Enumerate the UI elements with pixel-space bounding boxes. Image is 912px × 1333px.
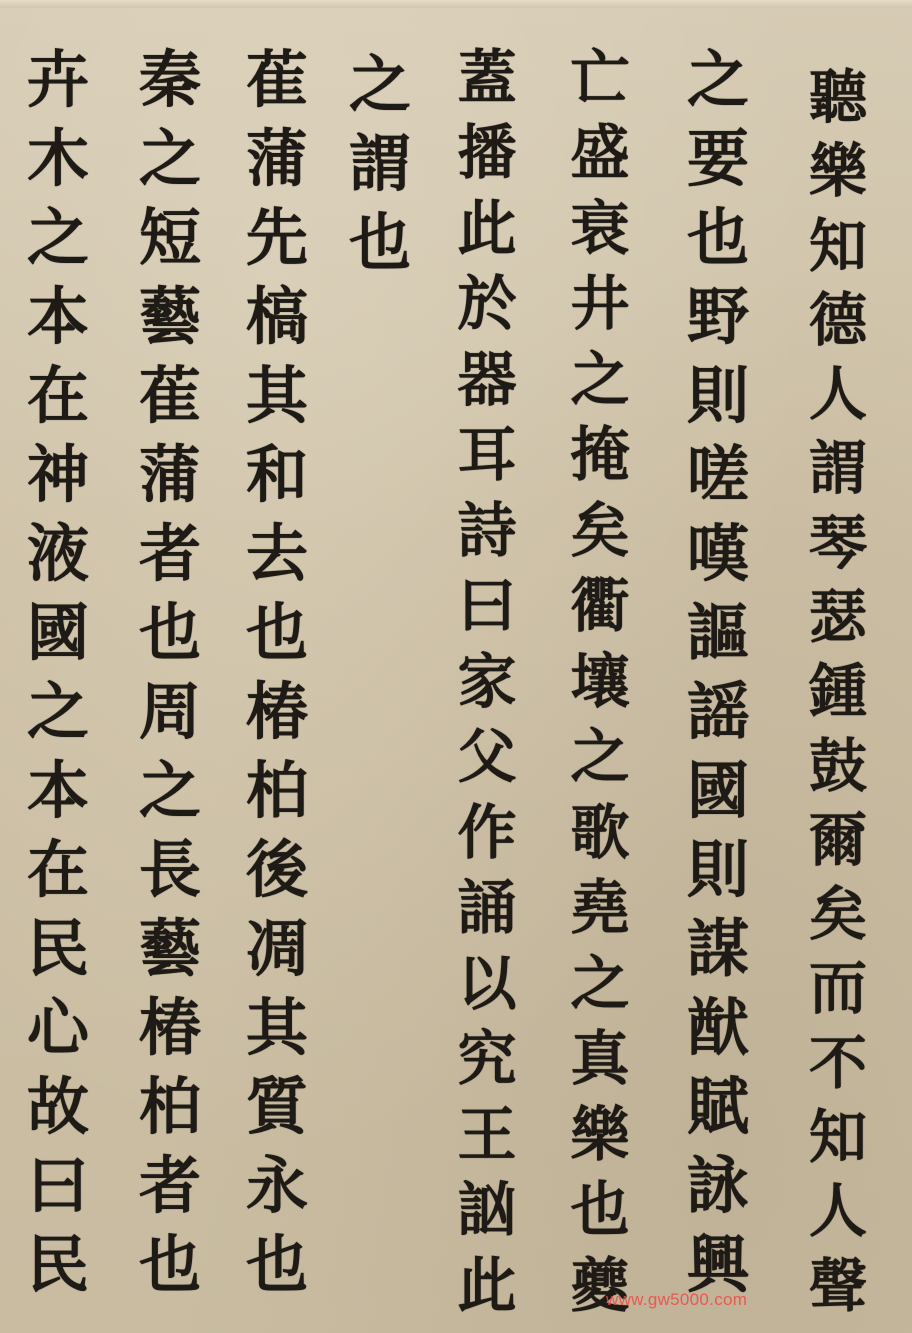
- calligraphy-character: 夔: [560, 1248, 640, 1323]
- calligraphy-character: 也: [560, 1172, 640, 1247]
- calligraphy-character: 樂: [560, 1097, 640, 1172]
- calligraphy-character: 謀: [678, 909, 758, 988]
- calligraphy-character: 也: [237, 1225, 317, 1304]
- calligraphy-character: 之: [18, 198, 98, 277]
- calligraphy-character: 鍾: [798, 654, 878, 728]
- calligraphy-character: 周: [130, 672, 210, 751]
- calligraphy-character: 爾: [798, 803, 878, 877]
- calligraphy-character: 也: [340, 203, 420, 282]
- calligraphy-character: 嗟: [678, 435, 758, 514]
- calligraphy-character: 不: [798, 1026, 878, 1100]
- calligraphy-character: 秦: [130, 40, 210, 119]
- calligraphy-character: 之: [340, 45, 420, 124]
- calligraphy-character: 凋: [237, 909, 317, 988]
- calligraphy-character: 椿: [130, 988, 210, 1067]
- calligraphy-character: 而: [798, 951, 878, 1025]
- calligraphy-character: 聽: [798, 60, 878, 134]
- site-watermark: www.gw5000.com: [606, 1290, 747, 1310]
- calligraphy-character: 之: [560, 946, 640, 1021]
- calligraphy-character: 之: [560, 342, 640, 417]
- calligraphy-character: 此: [447, 1248, 527, 1323]
- text-column-3: 亡盛衰井之掩矣衢壤之歌堯之真樂也夔: [560, 40, 640, 1323]
- calligraphy-character: 先: [237, 198, 317, 277]
- calligraphy-character: 猷: [678, 988, 758, 1067]
- calligraphy-character: 蒲: [130, 435, 210, 514]
- calligraphy-character: 作: [447, 795, 527, 870]
- calligraphy-character: 藝: [130, 277, 210, 356]
- calligraphy-character: 謡: [678, 672, 758, 751]
- calligraphy-character: 質: [237, 1067, 317, 1146]
- calligraphy-character: 謳: [678, 593, 758, 672]
- calligraphy-character: 王: [447, 1097, 527, 1172]
- calligraphy-character: 者: [130, 1146, 210, 1225]
- calligraphy-character: 曰: [18, 1146, 98, 1225]
- calligraphy-character: 矣: [560, 493, 640, 568]
- text-column-5: 之謂也: [340, 45, 420, 282]
- calligraphy-character: 要: [678, 119, 758, 198]
- calligraphy-character: 後: [237, 830, 317, 909]
- calligraphy-character: 則: [678, 830, 758, 909]
- calligraphy-character: 樂: [798, 134, 878, 208]
- calligraphy-character: 國: [678, 751, 758, 830]
- calligraphy-character: 聲: [798, 1249, 878, 1323]
- calligraphy-character: 者: [130, 514, 210, 593]
- calligraphy-character: 堯: [560, 870, 640, 945]
- calligraphy-character: 長: [130, 830, 210, 909]
- calligraphy-character: 神: [18, 435, 98, 514]
- calligraphy-character: 在: [18, 356, 98, 435]
- calligraphy-character: 瑟: [798, 580, 878, 654]
- text-column-8: 卉木之本在神液國之本在民心故曰民: [18, 40, 98, 1304]
- calligraphy-character: 琴: [798, 506, 878, 580]
- calligraphy-character: 訩: [447, 1172, 527, 1247]
- calligraphy-character: 也: [130, 1225, 210, 1304]
- calligraphy-character: 國: [18, 593, 98, 672]
- calligraphy-character: 民: [18, 1225, 98, 1304]
- calligraphy-character: 藝: [130, 909, 210, 988]
- calligraphy-character: 謂: [798, 431, 878, 505]
- calligraphy-character: 究: [447, 1021, 527, 1096]
- calligraphy-character: 播: [447, 115, 527, 190]
- calligraphy-character: 椿: [237, 672, 317, 751]
- calligraphy-character: 矣: [798, 877, 878, 951]
- calligraphy-character: 曰: [447, 568, 527, 643]
- text-column-7: 秦之短藝萑蒲者也周之長藝椿柏者也: [130, 40, 210, 1304]
- calligraphy-character: 之: [18, 672, 98, 751]
- calligraphy-character: 也: [130, 593, 210, 672]
- text-column-4: 蓋播此於器耳詩曰家父作誦以究王訩此: [447, 40, 527, 1323]
- calligraphy-character: 人: [798, 1174, 878, 1248]
- calligraphy-character: 詩: [447, 493, 527, 568]
- calligraphy-character: 卉: [18, 40, 98, 119]
- calligraphy-character: 則: [678, 356, 758, 435]
- calligraphy-character: 短: [130, 198, 210, 277]
- calligraphy-character: 之: [678, 40, 758, 119]
- calligraphy-character: 壤: [560, 644, 640, 719]
- calligraphy-character: 器: [447, 342, 527, 417]
- calligraphy-page: 聽樂知德人謂琴瑟鍾鼓爾矣而不知人聲 之要也野則嗟嘆謳謡國則謀猷賦詠興 亡盛衰井之…: [0, 0, 912, 1333]
- calligraphy-character: 家: [447, 644, 527, 719]
- calligraphy-character: 德: [798, 283, 878, 357]
- calligraphy-character: 知: [798, 1100, 878, 1174]
- calligraphy-character: 也: [237, 593, 317, 672]
- calligraphy-character: 在: [18, 830, 98, 909]
- calligraphy-character: 液: [18, 514, 98, 593]
- calligraphy-character: 其: [237, 356, 317, 435]
- calligraphy-character: 心: [18, 988, 98, 1067]
- calligraphy-character: 之: [130, 119, 210, 198]
- calligraphy-character: 木: [18, 119, 98, 198]
- calligraphy-character: 井: [560, 266, 640, 341]
- calligraphy-character: 永: [237, 1146, 317, 1225]
- calligraphy-character: 萑: [130, 356, 210, 435]
- calligraphy-character: 柏: [130, 1067, 210, 1146]
- calligraphy-character: 野: [678, 277, 758, 356]
- calligraphy-character: 真: [560, 1021, 640, 1096]
- calligraphy-character: 盛: [560, 115, 640, 190]
- calligraphy-character: 民: [18, 909, 98, 988]
- paper-top-edge: [0, 0, 912, 8]
- calligraphy-character: 父: [447, 719, 527, 794]
- text-column-1: 聽樂知德人謂琴瑟鍾鼓爾矣而不知人聲: [798, 60, 878, 1323]
- calligraphy-character: 人: [798, 357, 878, 431]
- calligraphy-character: 蓋: [447, 40, 527, 115]
- calligraphy-character: 掩: [560, 417, 640, 492]
- calligraphy-character: 蒲: [237, 119, 317, 198]
- calligraphy-character: 柏: [237, 751, 317, 830]
- calligraphy-character: 本: [18, 277, 98, 356]
- calligraphy-character: 去: [237, 514, 317, 593]
- calligraphy-character: 其: [237, 988, 317, 1067]
- calligraphy-character: 賦: [678, 1067, 758, 1146]
- calligraphy-character: 耳: [447, 417, 527, 492]
- calligraphy-character: 誦: [447, 870, 527, 945]
- calligraphy-character: 本: [18, 751, 98, 830]
- calligraphy-character: 萑: [237, 40, 317, 119]
- calligraphy-character: 鼓: [798, 729, 878, 803]
- calligraphy-character: 亡: [560, 40, 640, 115]
- text-column-6: 萑蒲先槁其和去也椿柏後凋其質永也: [237, 40, 317, 1304]
- calligraphy-character: 槁: [237, 277, 317, 356]
- calligraphy-character: 衰: [560, 191, 640, 266]
- calligraphy-character: 此: [447, 191, 527, 266]
- calligraphy-character: 知: [798, 209, 878, 283]
- calligraphy-character: 衢: [560, 568, 640, 643]
- calligraphy-character: 和: [237, 435, 317, 514]
- calligraphy-character: 以: [447, 946, 527, 1021]
- calligraphy-character: 故: [18, 1067, 98, 1146]
- calligraphy-character: 之: [560, 719, 640, 794]
- calligraphy-character: 於: [447, 266, 527, 341]
- calligraphy-character: 詠: [678, 1146, 758, 1225]
- text-column-2: 之要也野則嗟嘆謳謡國則謀猷賦詠興: [678, 40, 758, 1304]
- calligraphy-character: 嘆: [678, 514, 758, 593]
- calligraphy-character: 歌: [560, 795, 640, 870]
- calligraphy-character: 謂: [340, 124, 420, 203]
- calligraphy-character: 之: [130, 751, 210, 830]
- calligraphy-character: 也: [678, 198, 758, 277]
